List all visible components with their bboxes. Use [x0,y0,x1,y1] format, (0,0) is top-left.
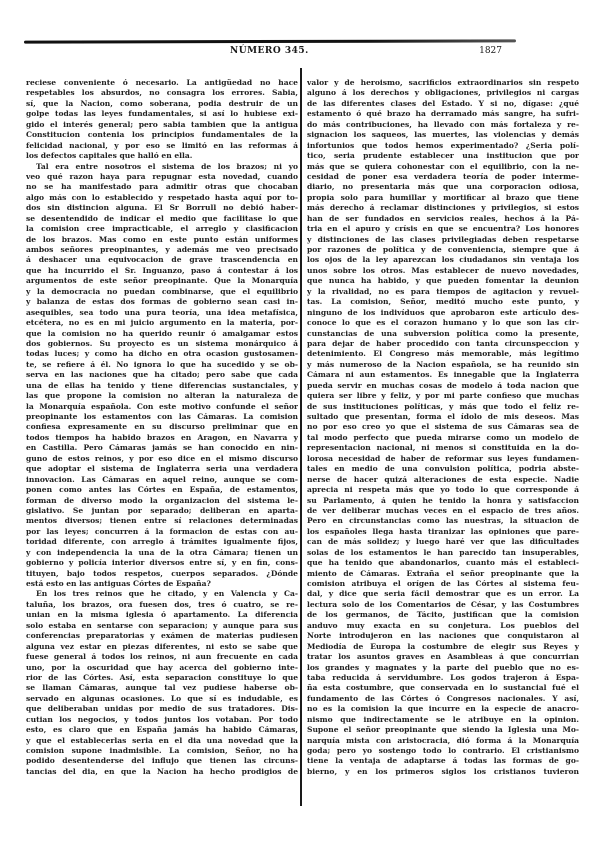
text-line: toridad diferente, con arreglo á trámite… [26,537,298,547]
text-line: signacion los saqueos, las muertes, las … [307,130,579,140]
text-line: Constitucion contenia los principios fun… [26,130,298,140]
text-line: En los tres reinos que he citado, y en V… [26,589,298,599]
text-line: por las leyes; concurren á la formacion … [26,527,298,537]
text-line: para dejar de haber procedido con tanta … [307,339,579,349]
text-line: quiera ser libre y feliz, y por mi parte… [307,391,579,401]
text-line: estamento ó qué brazo ha derramado más s… [307,109,579,119]
text-line: que nunca ha habido, y que pueden foment… [307,276,579,286]
text-line: uno, por la oscuridad que hay acerca del… [26,663,298,673]
text-line: tria en el apuro y crísis en que se encu… [307,224,579,234]
text-line: de sus instituciones políticas, y más qu… [307,402,579,412]
text-line: y más numeroso de la Nacion española, se… [307,360,579,370]
text-line: preopinante los estamentos con las Cámar… [26,412,298,422]
text-line: forman de diverso modo la organizacion d… [26,496,298,506]
text-line: servado en algunas ocasiones. Lo que sí … [26,694,298,704]
text-line: tratar los asuntos graves en Asambleas á… [307,652,579,662]
text-line: cesidad de poner esa verdadera teoría de… [307,172,579,182]
text-line: de ver deliberar muchas veces en el espa… [307,506,579,516]
text-line: te, se refiere á él. No ignora lo que ha… [26,360,298,370]
text-line: las que propone la comision no alteran l… [26,391,298,401]
text-line: detenimiento. El Congreso más memorable,… [307,349,579,359]
text-line: su Parlamento, á quien he tenido la honr… [307,496,579,506]
text-line: cutian los negocios, y todos juntos los … [26,715,298,725]
page-number: 1827 [479,46,502,56]
text-line: los españoles llega hasta tiranizar las … [307,527,579,537]
text-line: está esto en las antiguas Córtes de Espa… [26,579,298,589]
text-line: y la democracia no puedan combinarse, qu… [26,287,298,297]
text-line: sí, que la Nacion, como soberana, podia … [26,99,298,109]
text-line: solas de los estamentos le han parecido … [307,548,579,558]
text-line: solo estaba en sentarse con separacion; … [26,621,298,631]
text-line: han de ser fundados en servicios reales,… [307,214,579,224]
text-line: y balanza de estas dos formas de gobiern… [26,297,298,307]
text-line: de los germanos, de Tácito, justifican q… [307,610,579,620]
text-line: innovacion. Las Cámaras en aquel reino, … [26,475,298,485]
text-line: Pero en circunstancias como las nuestras… [307,516,579,526]
text-line: veo qué razon haya para repugnar esta no… [26,172,298,182]
text-line: gido el interés general; pero sabia tamb… [26,120,298,130]
text-line: Norte introdujeron en las naciones que c… [307,631,579,641]
text-line: confiesa expresamente en su discurso pre… [26,422,298,432]
text-line: propia solo para humillar y mortificar a… [307,193,579,203]
text-line: no es la comision la que incurre en la e… [307,704,579,714]
text-line: guno de estos reinos, y por eso dice en … [26,454,298,464]
text-line: rior de las Córtes. Así, esta separacion… [26,673,298,683]
text-line: gobierno y policía interior diversos ent… [26,558,298,568]
text-line: mentos diversos; tienen entre sí relacio… [26,516,298,526]
text-line: que ha tenido que abandonarlos, cuanto m… [307,558,579,568]
text-line: argumentos de este señor preopinante. Qu… [26,276,298,286]
text-line: no por eso creo yo que el sistema de sus… [307,422,579,432]
header-rule [24,39,516,43]
text-line: fuese general á todos los reinos, ni aun… [26,652,298,662]
text-line: nerse de hacer quizá alteraciones de est… [307,475,579,485]
text-line: más derecho á reclamar distinciones y pr… [307,203,579,213]
issue-number: NÚMERO 345. [230,46,309,56]
text-line: infortunios que todos hemos experimentad… [307,141,579,151]
right-column: valor y de heroismo, sacrificios extraor… [307,78,579,777]
text-line: dos gobiernos. Su proyecto es un sistema… [26,339,298,349]
text-line: Cámara ni aun estamentos. Es innegable q… [307,370,579,380]
text-line: bierno, y en los primeros siglos los cri… [307,767,579,777]
text-line: ponen como antes las Córtes en España, d… [26,485,298,495]
text-line: dal, y dice que seria fácil demostrar qu… [307,589,579,599]
text-line: alguno á los derechos y obligaciones, pr… [307,88,579,98]
text-line: todas luces; y como ha dicho en otra oca… [26,349,298,359]
text-line: miento de Cámaras. Extraña el señor preo… [307,569,579,579]
text-line: lorosa necesidad de haber de reformar su… [307,454,579,464]
text-line: los grandes y magnates y la parte del pu… [307,663,579,673]
text-line: aprecia ni respeta más que yo todo lo qu… [307,485,579,495]
text-line: nismo que indirectamente se le atribuye … [307,715,579,725]
text-line: comision atribuya el orígen de las Córte… [307,579,579,589]
text-line: tico, seria prudente establecer una inst… [307,151,579,161]
text-line: narquía mista con aristocracia, dió form… [307,736,579,746]
text-line: taluña, los brazos, ora fuesen dos, tres… [26,600,298,610]
text-line: alguna vez estar en piezas diferentes, n… [26,642,298,652]
text-line: podido desentenderse del influjo que tie… [26,756,298,766]
text-line: que adoptar el sistema de Inglaterra ser… [26,464,298,474]
text-line: lectura solo de los Comentarios de César… [307,600,579,610]
text-line: respetables los absurdos, no consagra lo… [26,88,298,98]
text-line: Supone el señor preopinante que siendo l… [307,725,579,735]
text-line: los ojos de la ley aparezcan los ciudada… [307,255,579,265]
text-line: todos tiempos ha habido brazos en Aragon… [26,433,298,443]
text-line: conoce lo que es el corazon humano y lo … [307,318,579,328]
text-line: asequibles, sea todo una pura teoría, un… [26,308,298,318]
text-line: y distinciones de las clases privilegiad… [307,235,579,245]
text-line: unian en la misma iglesia ó apartamento.… [26,610,298,620]
text-line: una de ellas ha tenido y tiene diferenci… [26,381,298,391]
text-line: que ha incurrido el Sr. Inguanzo, paso á… [26,266,298,276]
text-line: do más contribuciones, ha llevado con má… [307,120,579,130]
text-line: golpe todas las leyes fundamentales, si … [26,109,298,119]
text-line: y con independencia la una de la otra Cá… [26,548,298,558]
text-line: de los brazos. Mas como en este punto es… [26,235,298,245]
text-line: tituyen, bajo todos respetos, cuerpos se… [26,569,298,579]
text-line: ambos señores preopinantes, y además me … [26,245,298,255]
text-line: que la comision no ha querido reunir ó a… [26,329,298,339]
text-line: en Castilla. Pero Cámaras jamás se han c… [26,443,298,453]
text-line: algo más con lo establecido y respetado … [26,193,298,203]
text-line: tancias del dia, en que la Nacion ha hec… [26,767,298,777]
text-line: la Monarquía española. Con este motivo c… [26,402,298,412]
text-line: á deshacer una equivocacion de grave tra… [26,255,298,265]
page-header: NÚMERO 345. 1827 [24,46,516,60]
text-line: serva en las naciones que ha citado; per… [26,370,298,380]
text-line: tales en medio de una convulsion polític… [307,464,579,474]
column-divider [300,68,302,806]
text-line: más que se quiera cohonestar con el equi… [307,162,579,172]
text-line: etcétera, no es en mi juicio argumento e… [26,318,298,328]
text-line: conferencias preparatorias y exámen de m… [26,631,298,641]
text-line: Mediodía de Europa la costumbre de elegi… [307,642,579,652]
text-line: valor y de heroismo, sacrificios extraor… [307,78,579,88]
text-line: esto, es claro que en España jamás ha ha… [26,725,298,735]
text-line: pueda servir en muchas cosas de modelo á… [307,381,579,391]
text-line: que deliberaban unidas por medio de sus … [26,704,298,714]
text-line: se desentendido de indicar el medio que … [26,214,298,224]
text-line: comision supone inadmisible. La comision… [26,746,298,756]
text-line: por razones de política y de convenienci… [307,245,579,255]
text-line: sultado que presentan, forma el ídolo de… [307,412,579,422]
text-line: representacion nacional, ni menos si con… [307,443,579,453]
text-line: cunstancias de una subversion política c… [307,329,579,339]
text-line: los defectos capitales que halló en ella… [26,151,298,161]
text-line: y la rivalidad, no es para tiempos de ag… [307,287,579,297]
text-line: reciese conveniente ó necesario. La anti… [26,78,298,88]
text-line: anduvo muy exacta en su conjetura. Los p… [307,621,579,631]
document-page: NÚMERO 345. 1827 reciese conveniente ó n… [0,0,600,863]
text-line: dos sin distincion alguna. El Sr Borrull… [26,203,298,213]
text-line: gislativo. Se juntan por separado; delib… [26,506,298,516]
text-line: Tal era entre nosotros el sistema de los… [26,162,298,172]
text-line: ninguno de los indivíduos que aprobaron … [307,308,579,318]
text-line: unos sobre los otros. Mas establecer de … [307,266,579,276]
text-line: taba reducida á servidumbre. Los godos t… [307,673,579,683]
text-line: no se ha manifestado para admitir otras … [26,182,298,192]
text-line: fundamento de las Córtes ó Congresos nac… [307,694,579,704]
text-line: ña esta costumbre, que conservada en lo … [307,683,579,693]
text-line: goda; pero yo sostengo todo lo contrario… [307,746,579,756]
text-line: can de más solidez; y luego haré ver que… [307,537,579,547]
text-line: tas. La comision, Señor, meditó mucho es… [307,297,579,307]
text-line: diario, no presentaria más que una corpo… [307,182,579,192]
text-line: y que el establecerlas seria en el dia u… [26,736,298,746]
text-line: felicidad nacional, y por eso se limitó … [26,141,298,151]
text-line: tal modo perfecto que pueda mirarse como… [307,433,579,443]
text-line: la comision cree impracticable, el arreg… [26,224,298,234]
text-line: de las diferentes clases del Estado. Y s… [307,99,579,109]
text-line: tiene la ventaja de adaptarse á todas la… [307,756,579,766]
text-line: se llaman Cámaras, aunque tal vez pudies… [26,683,298,693]
left-column: reciese conveniente ó necesario. La anti… [26,78,298,777]
